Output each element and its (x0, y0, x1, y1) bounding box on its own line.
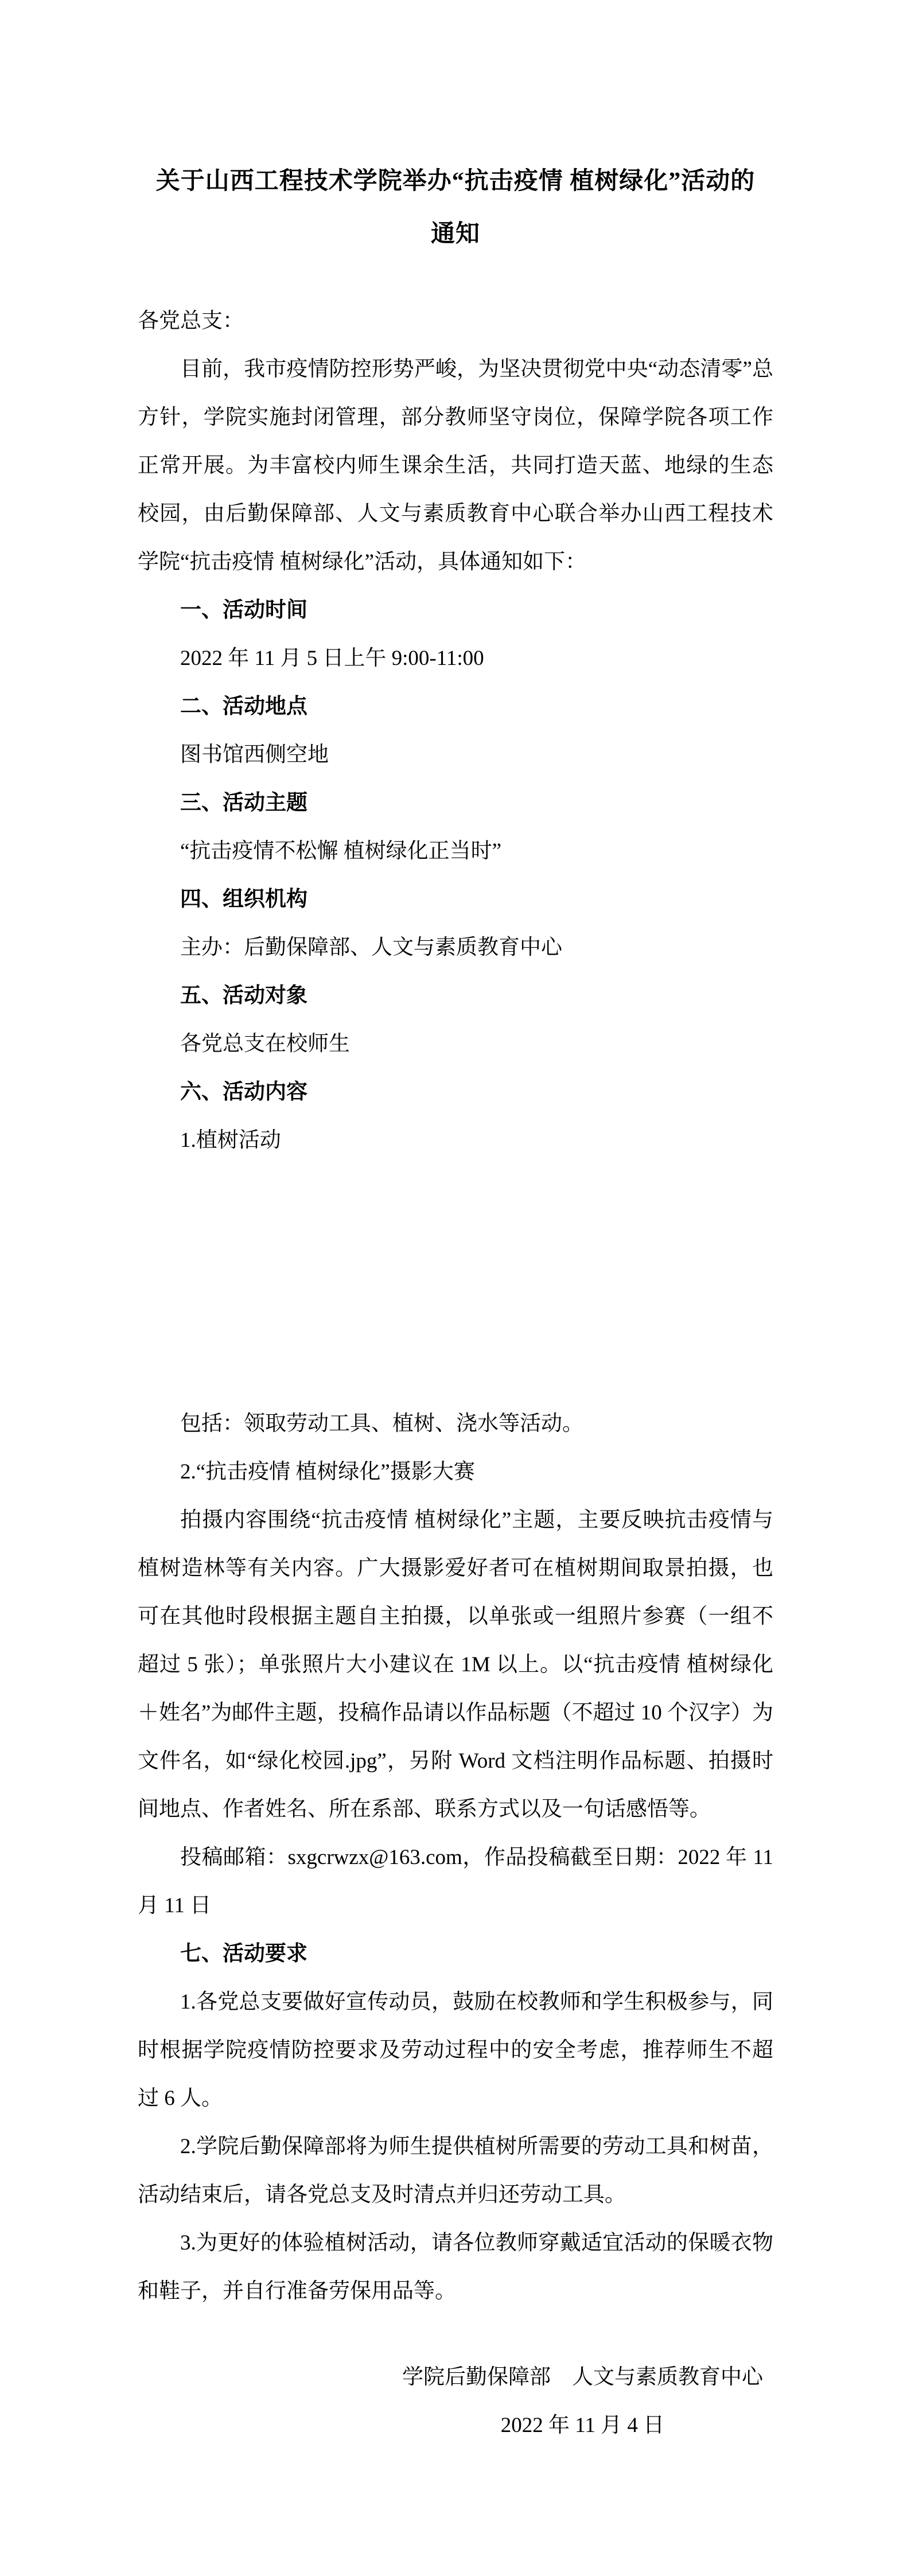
heading-participants: 五、活动对象 (138, 972, 773, 1020)
doc-title: 关于山西工程技术学院举办“抗击疫情 植树绿化”活动的 通知 (138, 155, 773, 260)
signature-block: 学院后勤保障部 人文与素质教育中心 2022 年 11 月 4 日 (138, 2353, 773, 2450)
signature-inner: 学院后勤保障部 人文与素质教育中心 2022 年 11 月 4 日 (402, 2353, 763, 2450)
intro-paragraph: 目前，我市疫情防控形势严峻，为坚决贯彻党中央“动态清零”总方针，学院实施封闭管理… (138, 345, 773, 586)
para-photo-contest: 2.“抗击疫情 植树绿化”摄影大赛 (138, 1448, 773, 1496)
doc-title-line1: 关于山西工程技术学院举办“抗击疫情 植树绿化”活动的 (138, 155, 773, 208)
para-photo-contest-details: 拍摄内容围绕“抗击疫情 植树绿化”主题，主要反映抗击疫情与植树造林等有关内容。广… (138, 1496, 773, 1834)
heading-activity-theme: 三、活动主题 (138, 779, 773, 827)
para-participants: 各党总支在校师生 (138, 1020, 773, 1068)
para-requirement-1: 1.各党总支要做好宣传动员，鼓励在校教师和学生积极参与，同时根据学院疫情防控要求… (138, 1978, 773, 2123)
heading-activity-location: 二、活动地点 (138, 683, 773, 731)
signature-departments: 学院后勤保障部 人文与素质教育中心 (402, 2353, 763, 2402)
para-requirement-3: 3.为更好的体验植树活动，请各位教师穿戴适宜活动的保暖衣物和鞋子，并自行准备劳保… (138, 2219, 773, 2316)
para-activity-theme: “抗击疫情不松懈 植树绿化正当时” (138, 827, 773, 875)
para-submission-email: 投稿邮箱：sxgcrwzx@163.com，作品投稿截至日期：2022 年 11… (138, 1834, 773, 1930)
para-activity-location: 图书馆西侧空地 (138, 731, 773, 779)
para-activity-time: 2022 年 11 月 5 日上午 9:00-11:00 (138, 635, 773, 683)
signature-date: 2022 年 11 月 4 日 (402, 2402, 763, 2450)
document-page: 关于山西工程技术学院举办“抗击疫情 植树绿化”活动的 通知 各党总支： 目前，我… (0, 0, 911, 2576)
doc-title-line2: 通知 (138, 208, 773, 260)
para-organizers: 主办：后勤保障部、人文与素质教育中心 (138, 924, 773, 972)
para-tree-planting-details: 包括：领取劳动工具、植树、浇水等活动。 (138, 1400, 773, 1448)
heading-organizers: 四、组织机构 (138, 875, 773, 924)
heading-activity-requirements: 七、活动要求 (138, 1930, 773, 1978)
para-requirement-2: 2.学院后勤保障部将为师生提供植树所需要的劳动工具和树苗，活动结束后，请各党总支… (138, 2123, 773, 2219)
heading-activity-time: 一、活动时间 (138, 586, 773, 635)
salutation: 各党总支： (138, 297, 773, 345)
heading-activity-content: 六、活动内容 (138, 1068, 773, 1116)
para-tree-planting: 1.植树活动 (138, 1116, 773, 1165)
page-break-gap (138, 1165, 773, 1400)
